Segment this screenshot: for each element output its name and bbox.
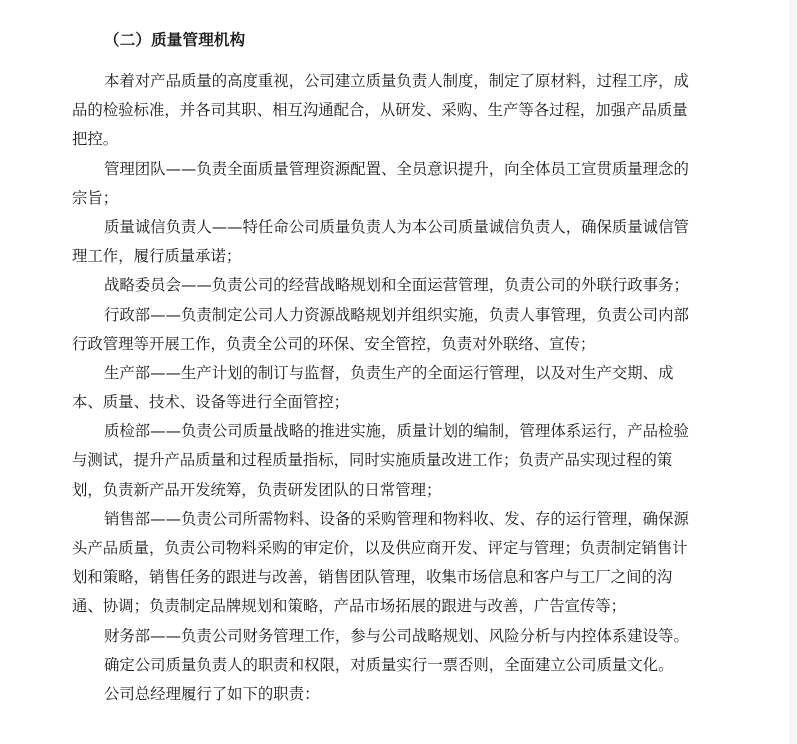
paragraph-qc-department: 质检部——负责公司质量战略的推进实施，质量计划的编制，管理体系运行，产品检验 与… [72, 417, 717, 505]
text-line: 与测试，提升产品质量和过程质量指标，同时实施质量改进工作；负责产品实现过程的策 [72, 446, 717, 475]
document-page: （二）质量管理机构 本着对产品质量的高度重视，公司建立质量负责人制度，制定了原材… [0, 0, 789, 744]
text-line: 公司总经理履行了如下的职责： [72, 680, 717, 709]
paragraph-finance-department: 财务部——负责公司财务管理工作，参与公司战略规划、风险分析与内控体系建设等。 [72, 622, 717, 651]
document-body: 本着对产品质量的高度重视，公司建立质量负责人制度，制定了原材料，过程工序，成 品… [72, 67, 717, 709]
paragraph-sales-department: 销售部——负责公司所需物料、设备的采购管理和物料收、发、存的运行管理，确保源 头… [72, 505, 717, 622]
paragraph-production-department: 生产部——生产计划的制订与监督，负责生产的全面运行管理，以及对生产交期、成 本、… [72, 359, 717, 417]
text-line: 把控。 [72, 125, 717, 154]
paragraph-gm-duties: 公司总经理履行了如下的职责： [72, 680, 717, 709]
paragraph-intro: 本着对产品质量的高度重视，公司建立质量负责人制度，制定了原材料，过程工序，成 品… [72, 67, 717, 155]
section-heading: （二）质量管理机构 [104, 28, 245, 52]
text-line: 行政管理等开展工作，负责全公司的环保、安全管控，负责对外联络、宣传； [72, 330, 717, 359]
text-line: 本着对产品质量的高度重视，公司建立质量负责人制度，制定了原材料，过程工序，成 [72, 67, 717, 96]
text-line: 行政部——负责制定公司人力资源战略规划并组织实施，负责人事管理，负责公司内部 [72, 301, 717, 330]
text-line: 品的检验标准，并各司其职、相互沟通配合，从研发、采购、生产等各过程，加强产品质量 [72, 96, 717, 125]
paragraph-quality-officer-authority: 确定公司质量负责人的职责和权限，对质量实行一票否则，全面建立公司质量文化。 [72, 651, 717, 680]
paragraph-management-team: 管理团队——负责全面质量管理资源配置、全员意识提升，向全体员工宣贯质量理念的 宗… [72, 155, 717, 213]
text-line: 销售部——负责公司所需物料、设备的采购管理和物料收、发、存的运行管理，确保源 [72, 505, 717, 534]
text-line: 生产部——生产计划的制订与监督，负责生产的全面运行管理，以及对生产交期、成 [72, 359, 717, 388]
scrollbar-track[interactable] [789, 0, 797, 744]
text-line: 划，负责新产品开发统筹，负责研发团队的日常管理； [72, 476, 717, 505]
paragraph-quality-integrity-officer: 质量诚信负责人——特任命公司质量负责人为本公司质量诚信负责人，确保质量诚信管 理… [72, 213, 717, 271]
text-line: 确定公司质量负责人的职责和权限，对质量实行一票否则，全面建立公司质量文化。 [72, 651, 717, 680]
text-line: 战略委员会——负责公司的经营战略规划和全面运营管理，负责公司的外联行政事务； [72, 271, 717, 300]
text-line: 划和策略，销售任务的跟进与改善，销售团队管理，收集市场信息和客户与工厂之间的沟 [72, 563, 717, 592]
text-line: 理工作，履行质量承诺； [72, 242, 717, 271]
paragraph-admin-department: 行政部——负责制定公司人力资源战略规划并组织实施，负责人事管理，负责公司内部 行… [72, 301, 717, 359]
text-line: 通、协调；负责制定品牌规划和策略，产品市场拓展的跟进与改善，广告宣传等； [72, 592, 717, 621]
paragraph-strategy-committee: 战略委员会——负责公司的经营战略规划和全面运营管理，负责公司的外联行政事务； [72, 271, 717, 300]
text-line: 质检部——负责公司质量战略的推进实施，质量计划的编制，管理体系运行，产品检验 [72, 417, 717, 446]
text-line: 头产品质量，负责公司物料采购的审定价，以及供应商开发、评定与管理；负责制定销售计 [72, 534, 717, 563]
text-line: 管理团队——负责全面质量管理资源配置、全员意识提升，向全体员工宣贯质量理念的 [72, 155, 717, 184]
text-line: 宗旨； [72, 184, 717, 213]
text-line: 财务部——负责公司财务管理工作，参与公司战略规划、风险分析与内控体系建设等。 [72, 622, 717, 651]
text-line: 本、质量、技术、设备等进行全面管控； [72, 388, 717, 417]
text-line: 质量诚信负责人——特任命公司质量负责人为本公司质量诚信负责人，确保质量诚信管 [72, 213, 717, 242]
